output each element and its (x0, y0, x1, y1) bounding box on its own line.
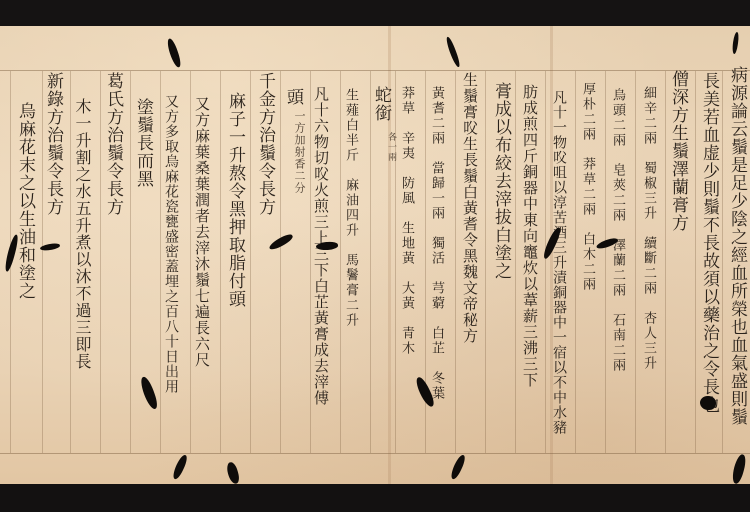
column-rule (515, 71, 516, 453)
column-rule (545, 71, 546, 453)
text-column: 長美若血虚少則鬚不長故須以藥治之令長也 (700, 72, 717, 414)
text-column: 千金方治鬚令長方 (256, 72, 273, 216)
text-column: 新錄方治鬚令長方 (44, 72, 61, 216)
ink-blot (225, 461, 240, 485)
column-rule (455, 71, 456, 453)
column-rule (340, 71, 341, 453)
column-rule (395, 71, 396, 453)
column-rule (70, 71, 71, 453)
column-rule (370, 71, 371, 453)
column-rule (160, 71, 161, 453)
text-column: 病源論云鬚是足少陰之經血所榮也血氣盛則鬚 (728, 66, 745, 426)
ink-blot (166, 37, 183, 68)
text-column: 木一升割之水五升煮以沐不過三即長 (74, 98, 90, 370)
column-rule (575, 71, 576, 453)
text-column: 凡十一物㕮咀以淳苦酒三升漬銅器中一宿以不中水豬 (552, 90, 566, 435)
ink-blot (449, 454, 467, 481)
interlinear-note: 一方加射香二分 (294, 110, 305, 194)
column-rule (485, 71, 486, 453)
text-column: 烏頭二兩 皂莢二兩 澤蘭二兩 石南二兩 (611, 88, 624, 373)
column-rule (605, 71, 606, 453)
text-column: 又方多取烏麻花瓷甕盛密蓋埋之百八十日出用 (164, 94, 178, 394)
text-column: 生薤白半斤 麻油四升 馬鬐膏二升 (344, 88, 357, 328)
column-rule (130, 71, 131, 453)
interlinear-note: 各一兩 (386, 132, 395, 162)
text-column: 塗鬚長而黑 (134, 98, 151, 188)
column-rule (695, 71, 696, 453)
text-column: 烏麻花末之以生油和塗之 (16, 102, 33, 300)
column-rule (665, 71, 666, 453)
top-dark-border (0, 0, 750, 26)
column-rule (190, 71, 191, 453)
text-column: 又方麻葉桑葉潤者去滓沐鬚七遍長六尺 (194, 96, 209, 368)
text-column: 黃耆二兩 當歸一兩 獨活 芎藭 白芷 冬葉 (430, 86, 443, 401)
ink-blot (445, 36, 462, 68)
text-column: 麻子一升熬令黑押取脂付頭 (226, 92, 243, 308)
bottom-dark-border (0, 484, 750, 512)
ink-blot (700, 396, 716, 410)
text-column: 肪成煎四斤銅器中東向竈炊以葦薪三沸三下 (522, 84, 537, 388)
text-column: 莽草 辛夷 防風 生地黃 大黃 青木 (400, 86, 413, 356)
column-rule (280, 71, 281, 453)
manuscript-paper: 病源論云鬚是足少陰之經血所榮也血氣盛則鬚 長美若血虚少則鬚不長故須以藥治之令長也… (0, 26, 750, 484)
column-rule (635, 71, 636, 453)
text-column: 細辛二兩 蜀椒三升 續斷二兩 杏人三升 (642, 86, 655, 371)
ink-blot (731, 32, 739, 54)
column-rule (722, 71, 723, 453)
column-rule (220, 71, 221, 453)
ink-blot (730, 453, 747, 485)
text-column: 生鬚膏㕮生長鬚白黃耆令黑魏文帝秘方 (462, 72, 477, 344)
column-rule (100, 71, 101, 453)
column-rule (310, 71, 311, 453)
column-rule (250, 71, 251, 453)
text-column: 葛氏方治鬚令長方 (104, 72, 121, 216)
text-column: 膏成以布絞去滓拔白塗之 (492, 82, 509, 280)
text-column: 蛇銜 (372, 86, 389, 122)
ink-blot (171, 454, 189, 481)
text-column: 頭 (284, 88, 301, 106)
text-column: 厚朴二兩 莽草二兩 白木二兩 (581, 82, 594, 292)
text-column: 僧深方生鬚澤蘭膏方 (669, 70, 686, 232)
